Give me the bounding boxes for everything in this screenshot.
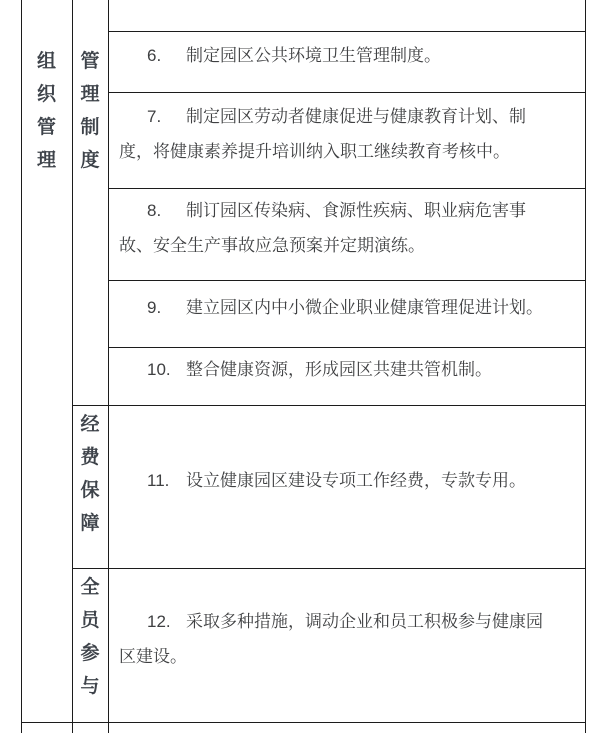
- list-item: 8.制订园区传染病、食源性疾病、职业病危害事 故、安全生产事故应急预案并定期演练…: [119, 193, 573, 263]
- section-label-full-participation: 全 员 参 与: [72, 571, 108, 703]
- item-text: 整合健康资源，形成园区共建共管机制。: [186, 360, 492, 379]
- item-text: 建立园区内中小微企业职业健康管理促进计划。: [186, 298, 543, 317]
- item-text: 制定园区公共环境卫生管理制度。: [186, 46, 441, 65]
- table-row-item-9: 9.建立园区内中小微企业职业健康管理促进计划。: [109, 280, 585, 346]
- item-number: 9.: [147, 290, 186, 325]
- item-number: 6.: [147, 38, 186, 73]
- table-row-partial-top: [109, 0, 585, 30]
- item-number: 12.: [147, 604, 186, 639]
- document-page: 组 织 管 理 管 理 制 度 经 费 保 障 全 员 参 与 6.制定园区公共…: [0, 0, 608, 733]
- item-number: 7.: [147, 99, 186, 134]
- table-row-item-10: 10.整合健康资源，形成园区共建共管机制。: [109, 347, 585, 404]
- table-row-partial-bottom: [109, 722, 585, 733]
- table-row-item-7: 7.制定园区劳动者健康促进与健康教育计划、制 度，将健康素养提升培训纳入职工继续…: [109, 92, 585, 187]
- table-row-item-12: 12.采取多种措施，调动企业和员工积极参与健康园 区建设。: [109, 568, 585, 721]
- item-number: 11.: [147, 463, 186, 498]
- item-number: 10.: [147, 352, 186, 387]
- table-row-item-11: 11.设立健康园区建设专项工作经费，专款专用。: [109, 405, 585, 567]
- section-label-funding-guarantee: 经 费 保 障: [72, 408, 108, 540]
- list-item: 10.整合健康资源，形成园区共建共管机制。: [119, 352, 573, 387]
- table-row-item-8: 8.制订园区传染病、食源性疾病、职业病危害事 故、安全生产事故应急预案并定期演练…: [109, 188, 585, 279]
- list-item: 7.制定园区劳动者健康促进与健康教育计划、制 度，将健康素养提升培训纳入职工继续…: [119, 99, 573, 169]
- list-item: 12.采取多种措施，调动企业和员工积极参与健康园 区建设。: [119, 604, 573, 674]
- list-item: 6.制定园区公共环境卫生管理制度。: [119, 38, 573, 73]
- item-text: 设立健康园区建设专项工作经费，专款专用。: [186, 471, 526, 490]
- rowgroup-label-organization-management: 组 织 管 理: [21, 45, 72, 177]
- list-item: 11.设立健康园区建设专项工作经费，专款专用。: [119, 463, 573, 498]
- table-row-item-6: 6.制定园区公共环境卫生管理制度。: [109, 31, 585, 91]
- list-item: 9.建立园区内中小微企业职业健康管理促进计划。: [119, 290, 573, 325]
- section-label-management-system: 管 理 制 度: [72, 45, 108, 177]
- item-number: 8.: [147, 193, 186, 228]
